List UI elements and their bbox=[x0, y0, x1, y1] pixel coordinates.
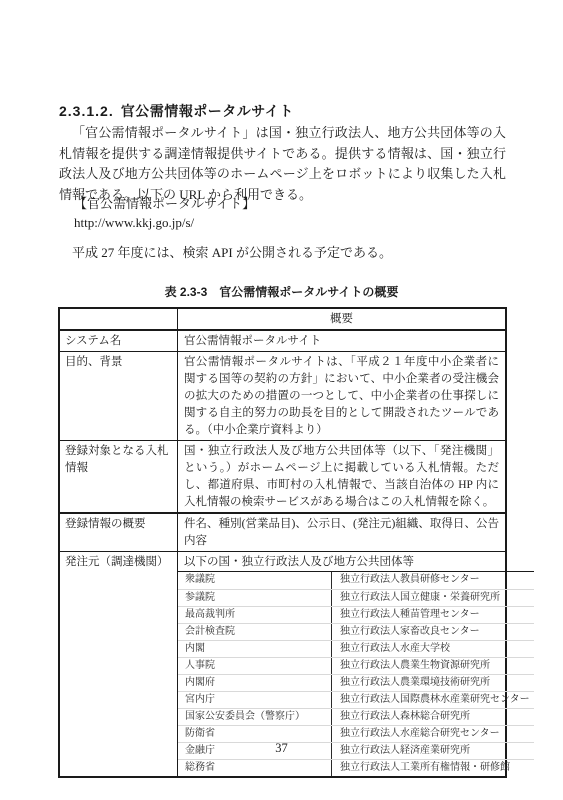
agency-row: 防衛省 独立行政法人水産総合研究センター bbox=[178, 725, 534, 742]
agency-row: 内閣 独立行政法人水産大学校 bbox=[178, 640, 534, 657]
table-row: 目的、背景 官公需情報ポータルサイトは、「平成２１年度中小企業者に関する国等の契… bbox=[60, 351, 505, 440]
overview-table: 概要 システム名 官公需情報ポータルサイト 目的、背景 官公需情報ポータルサイト… bbox=[58, 307, 507, 778]
row-label: 登録対象となる入札情報 bbox=[60, 441, 178, 512]
agency-name: 参議院 bbox=[178, 590, 332, 606]
agency-row: 国家公安委員会（警察庁） 独立行政法人森林総合研究所 bbox=[178, 708, 534, 725]
agency-row: 人事院 独立行政法人農業生物資源研究所 bbox=[178, 657, 534, 674]
agency-name: 独立行政法人種苗管理センター bbox=[332, 607, 534, 623]
header-overview-cell: 概要 bbox=[178, 309, 505, 329]
table-caption: 表 2.3-3 官公需情報ポータルサイトの概要 bbox=[0, 283, 563, 300]
agency-name: 宮内庁 bbox=[178, 692, 332, 708]
agency-name: 独立行政法人森林総合研究所 bbox=[332, 709, 534, 725]
section-number: 2.3.1.2. bbox=[59, 103, 114, 119]
section-heading: 2.3.1.2.官公需情報ポータルサイト bbox=[59, 101, 294, 121]
portal-callout-label: 【官公需情報ポータルサイト】 bbox=[74, 194, 255, 213]
intro-paragraph: 「官公需情報ポータルサイト」は国・独立行政法人、地方公共団体等の入札情報を提供す… bbox=[59, 123, 506, 205]
section-title: 官公需情報ポータルサイト bbox=[121, 103, 294, 119]
agency-row: 最高裁判所 独立行政法人種苗管理センター bbox=[178, 606, 534, 623]
table-header-row: 概要 bbox=[60, 309, 505, 329]
agency-name: 人事院 bbox=[178, 658, 332, 674]
agency-name: 独立行政法人水産総合研究センター bbox=[332, 726, 534, 742]
row-label: 登録情報の概要 bbox=[60, 514, 178, 551]
row-label: 目的、背景 bbox=[60, 352, 178, 440]
agency-row: 内閣府 独立行政法人農業環境技術研究所 bbox=[178, 674, 534, 691]
agency-name: 独立行政法人教員研修センター bbox=[332, 572, 534, 589]
portal-callout: 【官公需情報ポータルサイト】 http://www.kkj.go.jp/s/ bbox=[74, 194, 255, 232]
agency-name: 総務省 bbox=[178, 760, 332, 776]
row-value: 官公需情報ポータルサイトは、「平成２１年度中小企業者に関する国等の契約の方針」に… bbox=[178, 352, 505, 440]
agency-name: 独立行政法人国際農林水産業研究センター bbox=[332, 692, 534, 708]
agency-name: 独立行政法人国立健康・栄養研究所 bbox=[332, 590, 534, 606]
agency-name: 独立行政法人農業環境技術研究所 bbox=[332, 675, 534, 691]
row-label: システム名 bbox=[60, 331, 178, 351]
row-value: 件名、種別(営業品目)、公示日、(発注元)組織、取得日、公告内容 bbox=[178, 514, 505, 551]
agency-name: 独立行政法人家畜改良センター bbox=[332, 624, 534, 640]
document-page: 2.3.1.2.官公需情報ポータルサイト 「官公需情報ポータルサイト」は国・独立… bbox=[0, 0, 563, 800]
table-row: 登録対象となる入札情報 国・独立行政法人及び地方公共団体等（以下、「発注機関」と… bbox=[60, 440, 505, 512]
agency-name: 衆議院 bbox=[178, 572, 332, 589]
agency-row: 総務省 独立行政法人工業所有権情報・研修館 bbox=[178, 759, 534, 776]
row-value: 国・独立行政法人及び地方公共団体等（以下、「発注機関」という。）がホームページ上… bbox=[178, 441, 505, 512]
agency-name: 会計検査院 bbox=[178, 624, 332, 640]
api-note-paragraph: 平成 27 年度には、検索 API が公開される予定である。 bbox=[59, 243, 506, 264]
table-row: 登録情報の概要 件名、種別(営業品目)、公示日、(発注元)組織、取得日、公告内容 bbox=[60, 512, 505, 551]
agency-name: 内閣府 bbox=[178, 675, 332, 691]
agency-name: 独立行政法人水産大学校 bbox=[332, 641, 534, 657]
agency-row: 会計検査院 独立行政法人家畜改良センター bbox=[178, 623, 534, 640]
agency-name: 国家公安委員会（警察庁） bbox=[178, 709, 332, 725]
agency-name: 内閣 bbox=[178, 641, 332, 657]
agency-row: 参議院 独立行政法人国立健康・栄養研究所 bbox=[178, 589, 534, 606]
row-value: 官公需情報ポータルサイト bbox=[178, 331, 505, 351]
table-row: システム名 官公需情報ポータルサイト bbox=[60, 329, 505, 351]
agency-name: 独立行政法人農業生物資源研究所 bbox=[332, 658, 534, 674]
agency-row: 衆議院 独立行政法人教員研修センター bbox=[178, 572, 534, 589]
page-number: 37 bbox=[0, 741, 563, 756]
portal-url: http://www.kkj.go.jp/s/ bbox=[74, 213, 255, 232]
agency-name: 独立行政法人工業所有権情報・研修館 bbox=[332, 760, 534, 776]
agency-list-intro: 以下の国・独立行政法人及び地方公共団体等 bbox=[178, 552, 534, 572]
agency-row: 宮内庁 独立行政法人国際農林水産業研究センター bbox=[178, 691, 534, 708]
agency-name: 防衛省 bbox=[178, 726, 332, 742]
agency-name: 最高裁判所 bbox=[178, 607, 332, 623]
header-empty-cell bbox=[60, 309, 178, 329]
